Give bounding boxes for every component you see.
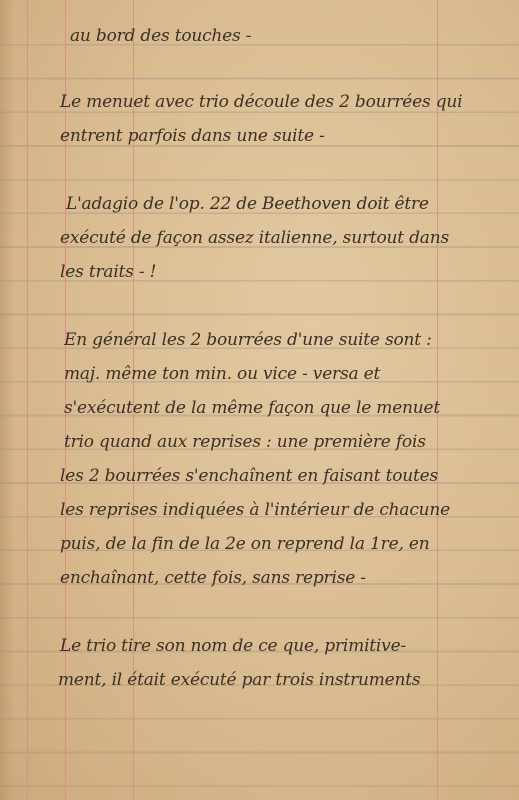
handwritten-line: trio quand aux reprises : une première f… [64,432,426,452]
handwritten-line: enchaînant, cette fois, sans reprise - [60,568,366,588]
handwritten-line: les 2 bourrées s'enchaînent en faisant t… [60,466,438,486]
handwritten-line: Le trio tire son nom de ce que, primitiv… [60,636,406,656]
handwritten-line: En général les 2 bourrées d'une suite so… [64,330,432,350]
handwritten-line: les reprises indiquées à l'intérieur de … [60,500,450,520]
handwritten-line: ment, il était exécuté par trois instrum… [58,670,420,690]
handwritten-line: s'exécutent de la même façon que le menu… [64,398,440,418]
handwritten-line: exécuté de façon assez italienne, surtou… [60,228,449,248]
handwritten-line: maj. même ton min. ou vice - versa et [64,364,380,384]
handwritten-line: les traits - ! [60,262,156,282]
handwritten-line: au bord des touches - [70,26,251,46]
handwritten-line: L'adagio de l'op. 22 de Beethoven doit ê… [66,194,429,214]
handwritten-line: Le menuet avec trio découle des 2 bourré… [60,92,462,112]
margin-line-1 [27,0,28,800]
handwritten-line: entrent parfois dans une suite - [60,126,325,146]
handwritten-line: puis, de la fin de la 2e on reprend la 1… [60,534,429,554]
